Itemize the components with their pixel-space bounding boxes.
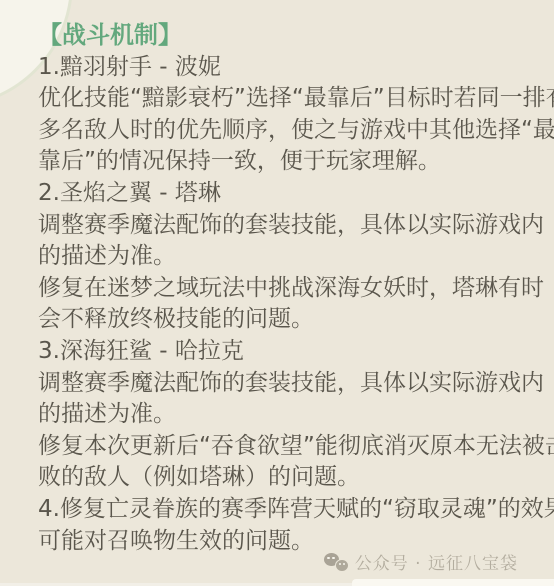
hero-1-note-line-1: 优化技能“黯影衰朽”选择“最靠后”目标时若同一排有 (38, 83, 520, 115)
patch-notes-content: 【战斗机制】 1.黯羽射手 - 波妮 优化技能“黯影衰朽”选择“最靠后”目标时若… (38, 20, 520, 557)
hero-1-note-line-2: 多名敌人时的优先顺序，使之与游戏中其他选择“最 (38, 115, 520, 147)
watermark: 公众号 · 远征八宝袋 (324, 549, 518, 574)
hero-3-note-1-line-2: 的描述为准。 (38, 399, 520, 431)
patch-notes-page: 【战斗机制】 1.黯羽射手 - 波妮 优化技能“黯影衰朽”选择“最靠后”目标时若… (0, 0, 554, 586)
note-4-line-1: 4.修复亡灵眷族的赛季阵营天赋的“窃取灵魂”的效果 (38, 494, 520, 526)
hero-2-note-2-line-1: 修复在迷梦之域玩法中挑战深海女妖时，塔琳有时 (38, 273, 520, 305)
watermark-label: 公众号 · 远征八宝袋 (355, 549, 518, 574)
hero-3-heading: 3.深海狂鲨 - 哈拉克 (38, 336, 520, 368)
hero-2-note-1-line-1: 调整赛季魔法配饰的套装技能，具体以实际游戏内 (38, 210, 520, 242)
hero-2-note-2-line-2: 会不释放终极技能的问题。 (38, 304, 520, 336)
hero-1-note-line-3: 靠后”的情况保持一致，便于玩家理解。 (38, 146, 520, 178)
hero-1-heading: 1.黯羽射手 - 波妮 (38, 52, 520, 84)
bottom-edge-strip (352, 579, 554, 586)
hero-3-note-1-line-1: 调整赛季魔法配饰的套装技能，具体以实际游戏内 (38, 368, 520, 400)
wechat-icon (324, 553, 348, 571)
hero-2-note-1-line-2: 的描述为准。 (38, 241, 520, 273)
hero-2-heading: 2.圣焰之翼 - 塔琳 (38, 178, 520, 210)
hero-3-note-2-line-1: 修复本次更新后“吞食欲望”能彻底消灭原本无法被击 (38, 431, 520, 463)
hero-3-note-2-line-2: 败的敌人（例如塔琳）的问题。 (38, 462, 520, 494)
section-title-battle-mechanics: 【战斗机制】 (38, 20, 520, 52)
